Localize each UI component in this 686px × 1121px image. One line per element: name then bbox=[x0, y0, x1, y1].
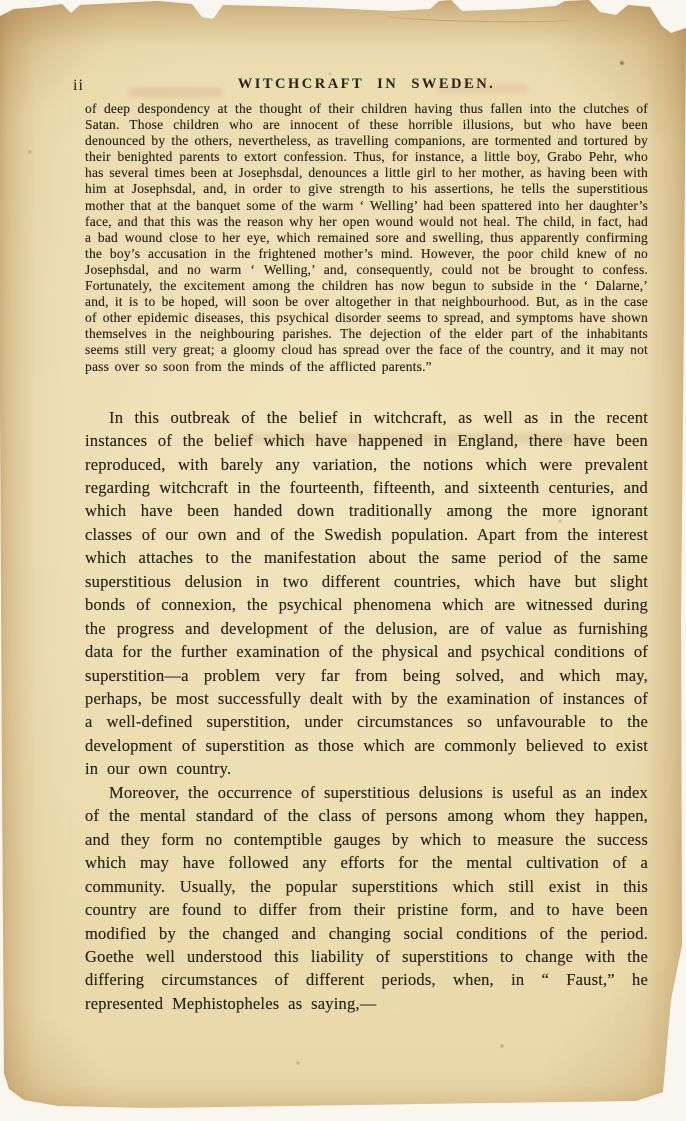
quoted-passage-paragraph: of deep despondency at the thought of th… bbox=[85, 101, 648, 375]
page-text-block: of deep despondency at the thought of th… bbox=[85, 101, 648, 1015]
paragraph-outbreak-of-belief: In this outbreak of the belief in witchc… bbox=[85, 406, 648, 781]
page-number: ii bbox=[73, 77, 84, 95]
scanned-book-page: ii WITCHCRAFT IN SWEDEN. of deep despond… bbox=[0, 0, 686, 1121]
paragraph-moreover-superstitions: Moreover, the occurrence of superstitiou… bbox=[85, 781, 648, 1016]
running-title: WITCHCRAFT IN SWEDEN. bbox=[85, 76, 648, 93]
page-header: ii WITCHCRAFT IN SWEDEN. bbox=[85, 76, 648, 96]
book-page-paper: ii WITCHCRAFT IN SWEDEN. of deep despond… bbox=[0, 0, 686, 1121]
paper-crease bbox=[385, 10, 575, 24]
